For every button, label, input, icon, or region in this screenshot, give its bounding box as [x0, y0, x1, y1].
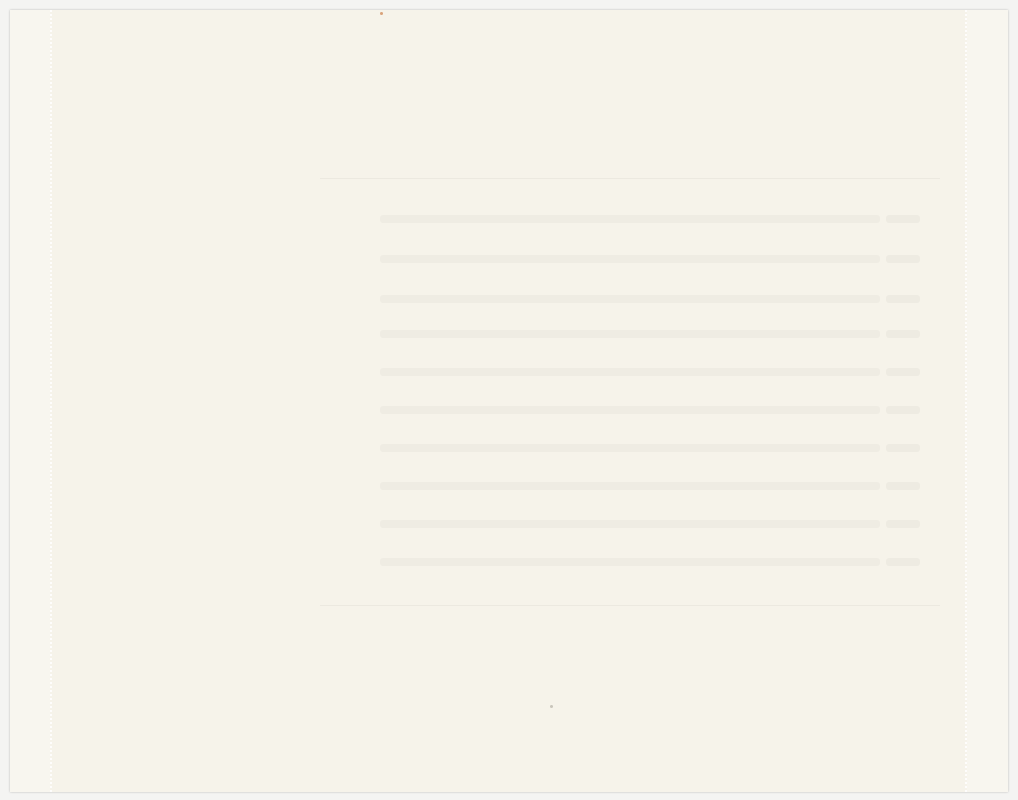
- ghost-row: [380, 482, 880, 490]
- ghost-row: [380, 255, 880, 263]
- ghost-row: [380, 406, 880, 414]
- ghost-row: [380, 558, 880, 566]
- ghost-row: [380, 330, 880, 338]
- paper-speck: [380, 12, 383, 15]
- ghost-row: [380, 520, 880, 528]
- right-spine: [967, 10, 1008, 792]
- paper-card: [10, 10, 1008, 792]
- paper-speck: [550, 705, 553, 708]
- ghost-row: [380, 368, 880, 376]
- ghost-row: [380, 215, 880, 223]
- ghost-rule-top: [320, 178, 940, 179]
- right-fold-line: [965, 10, 967, 792]
- ghost-row: [380, 444, 880, 452]
- ghost-row: [380, 295, 880, 303]
- ghost-rule-bottom: [320, 605, 940, 606]
- left-fold-line: [50, 10, 52, 792]
- left-spine: [10, 10, 50, 792]
